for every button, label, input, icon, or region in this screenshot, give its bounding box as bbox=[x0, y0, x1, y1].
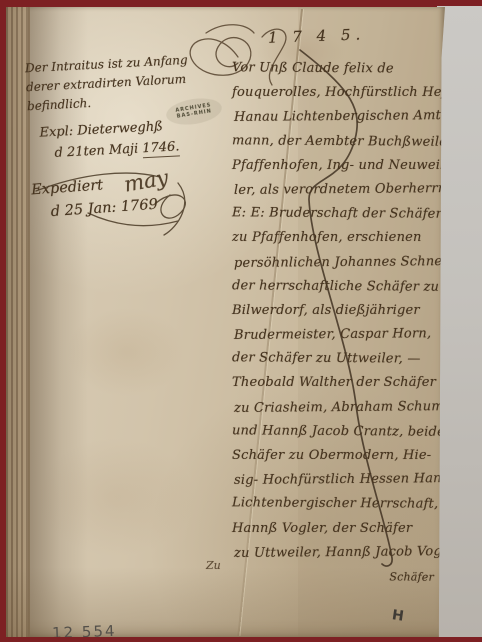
margin-note-date: d 21ten Maji bbox=[54, 141, 142, 161]
manuscript-photo: 1 7 4 5. ARCHIVES BAS-RHIN Der Intraitus… bbox=[0, 0, 482, 642]
main-text-line: Vor Unß Claude felix de bbox=[232, 56, 446, 82]
main-text-line: Lichtenbergischer Herrschaft, bbox=[232, 492, 446, 518]
main-text-line: Theobald Walther der Schäfer bbox=[232, 371, 446, 395]
main-text-line: der herrschaftliche Schäfer zu bbox=[232, 274, 446, 300]
main-text-line: Bilwerdorf, als dießjähriger bbox=[232, 299, 446, 323]
main-text-line: E: E: Bruderschaft der Schäfern bbox=[232, 201, 446, 227]
main-text-column: Vor Unß Claude felix de fouquerolles, Ho… bbox=[232, 57, 446, 589]
main-text-line: persöhnlichen Johannes Schneider bbox=[234, 250, 446, 276]
manuscript-page: 1 7 4 5. ARCHIVES BAS-RHIN Der Intraitus… bbox=[6, 7, 445, 637]
corner-letter: H bbox=[391, 607, 405, 624]
main-text-line: fouquerolles, Hochfürstlich Heß- bbox=[232, 81, 446, 105]
main-text-line: zu Uttweiler, Hannß Jacob Vogler bbox=[234, 540, 446, 566]
main-text-line: sig- Hochfürstlich Hessen Hanau bbox=[234, 467, 446, 493]
main-text-line: Schäfer bbox=[232, 564, 446, 590]
main-text-line: zu Criasheim, Abraham Schum bbox=[234, 395, 446, 421]
main-text-line: ler, als verordnetem Oberherrn bbox=[234, 177, 446, 203]
inventory-number: 12 554 bbox=[52, 622, 117, 642]
year-heading: 1 7 4 5. bbox=[268, 25, 366, 46]
main-text-line: und Hannß Jacob Crantz, beide bbox=[232, 419, 446, 445]
main-text-line: Schäfer zu Obermodern, Hie- bbox=[232, 444, 446, 468]
main-text-line: mann, der Aembter Buchßweiler, bbox=[232, 129, 446, 155]
main-text-line: Hannß Vogler, der Schäfer bbox=[232, 517, 446, 541]
main-text-line: der Schäfer zu Uttweiler, — bbox=[232, 347, 446, 373]
stray-pen-mark: Zu bbox=[206, 559, 221, 572]
main-text-line: Hanau Lichtenbergischen Amt- bbox=[234, 104, 446, 130]
main-text-line: zu Pfaffenhofen, erschienen bbox=[232, 226, 446, 250]
underlined-year: 1746. bbox=[142, 139, 180, 158]
photo-backdrop bbox=[437, 6, 482, 637]
margin-note-expl: Expl: Dieterweghß d 21ten Maji 1746. bbox=[39, 115, 180, 164]
main-text-line: Pfaffenhofen, Ing- und Neuweil- bbox=[232, 154, 446, 178]
margin-note-intraitus: Der Intraitus ist zu Anfang derer extrad… bbox=[25, 51, 190, 116]
main-text-line: Brudermeister, Caspar Horn, bbox=[234, 322, 446, 348]
signature-flourish-icon bbox=[28, 169, 228, 241]
